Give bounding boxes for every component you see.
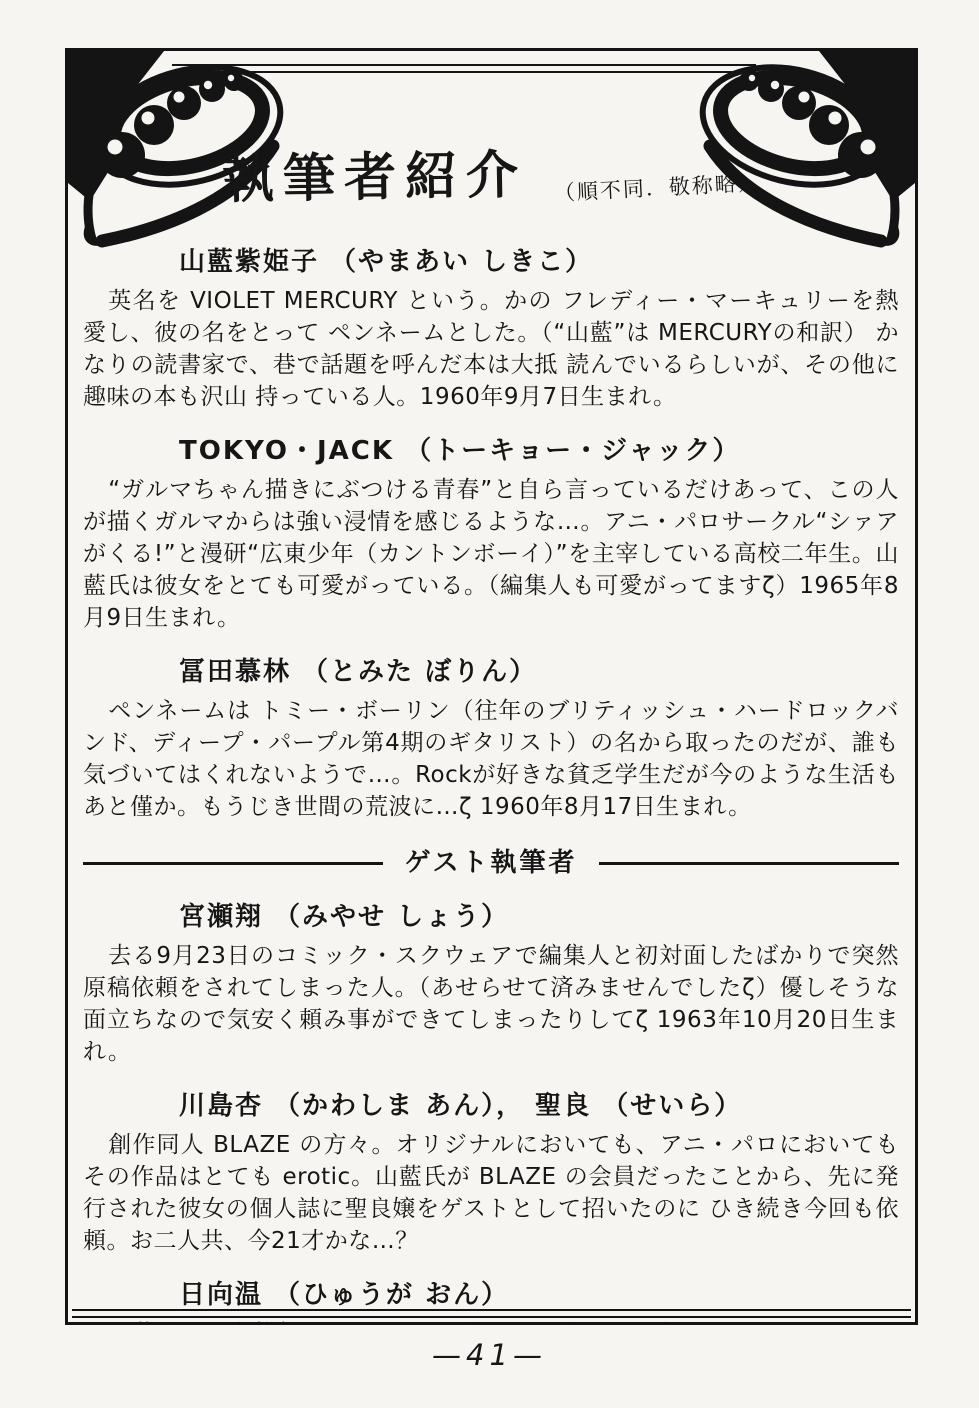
contributor-section: 山藍紫姫子 （やまあい しきこ） 英名を VIOLET MERCURY という。… <box>83 244 899 413</box>
divider-rule-left <box>83 862 383 865</box>
page-border-frame: 執筆者紹介 （順不同．敬称略） 山藍紫姫子 （やまあい しきこ） 英名を VIO… <box>65 48 918 1325</box>
guest-divider-label: ゲスト執筆者 <box>405 847 578 879</box>
guest-bio: 山藍氏とは十数年のおつきあいで切っても切れない仲。とてもしっかりした人なので編集… <box>83 1318 899 1325</box>
title-row: 執筆者紹介 （順不同．敬称略） <box>68 135 915 210</box>
contributor-bio: ペンネームは トミー・ボーリン（往年のブリティッシュ・ハードロックバンド、ディー… <box>83 695 899 823</box>
contributor-name: TOKYO・JACK （トーキョー・ジャック） <box>179 433 899 469</box>
guest-name: 日向温 （ひゅうが おん） <box>179 1277 899 1313</box>
guest-bio: 去る9月23日のコミック・スクウェアで編集人と初対面したばかりで突然原稿依頼をさ… <box>83 940 899 1068</box>
guest-section: 川島杏 （かわしま あん）， 聖良 （せいら） 創作同人 BLAZE の方々。オ… <box>83 1088 899 1257</box>
title-note: （順不同．敬称略） <box>553 167 762 216</box>
contributor-bio: “ガルマちゃん描きにぶつける青春”と自ら言っているだけあって、この人が描くガルマ… <box>83 474 899 634</box>
contributor-name: 冨田慕林 （とみた ぼりん） <box>179 654 899 690</box>
page-title: 執筆者紹介 <box>222 132 528 212</box>
guest-bio: 創作同人 BLAZE の方々。オリジナルにおいても、アニ・パロにおいてもその作品… <box>83 1129 899 1257</box>
scanned-page: 執筆者紹介 （順不同．敬称略） 山藍紫姫子 （やまあい しきこ） 英名を VIO… <box>0 0 979 1408</box>
contributor-list: 山藍紫姫子 （やまあい しきこ） 英名を VIOLET MERCURY という。… <box>68 244 915 1325</box>
guest-name: 宮瀬翔 （みやせ しょう） <box>179 899 899 935</box>
page-number: —41— <box>0 1338 979 1372</box>
contributor-section: 冨田慕林 （とみた ぼりん） ペンネームは トミー・ボーリン（往年のブリティッシ… <box>83 654 899 823</box>
divider-rule-right <box>599 862 899 865</box>
contributor-bio: 英名を VIOLET MERCURY という。かの フレディー・マーキュリーを熱… <box>83 285 899 413</box>
guest-name: 川島杏 （かわしま あん）， 聖良 （せいら） <box>179 1088 899 1124</box>
guest-divider: ゲスト執筆者 <box>83 847 899 879</box>
contributor-section: TOKYO・JACK （トーキョー・ジャック） “ガルマちゃん描きにぶつける青春… <box>83 433 899 634</box>
guest-section: 宮瀬翔 （みやせ しょう） 去る9月23日のコミック・スクウェアで編集人と初対面… <box>83 899 899 1068</box>
contributor-name: 山藍紫姫子 （やまあい しきこ） <box>179 244 899 280</box>
top-double-rule <box>172 64 756 73</box>
bottom-double-rule <box>72 1309 911 1318</box>
